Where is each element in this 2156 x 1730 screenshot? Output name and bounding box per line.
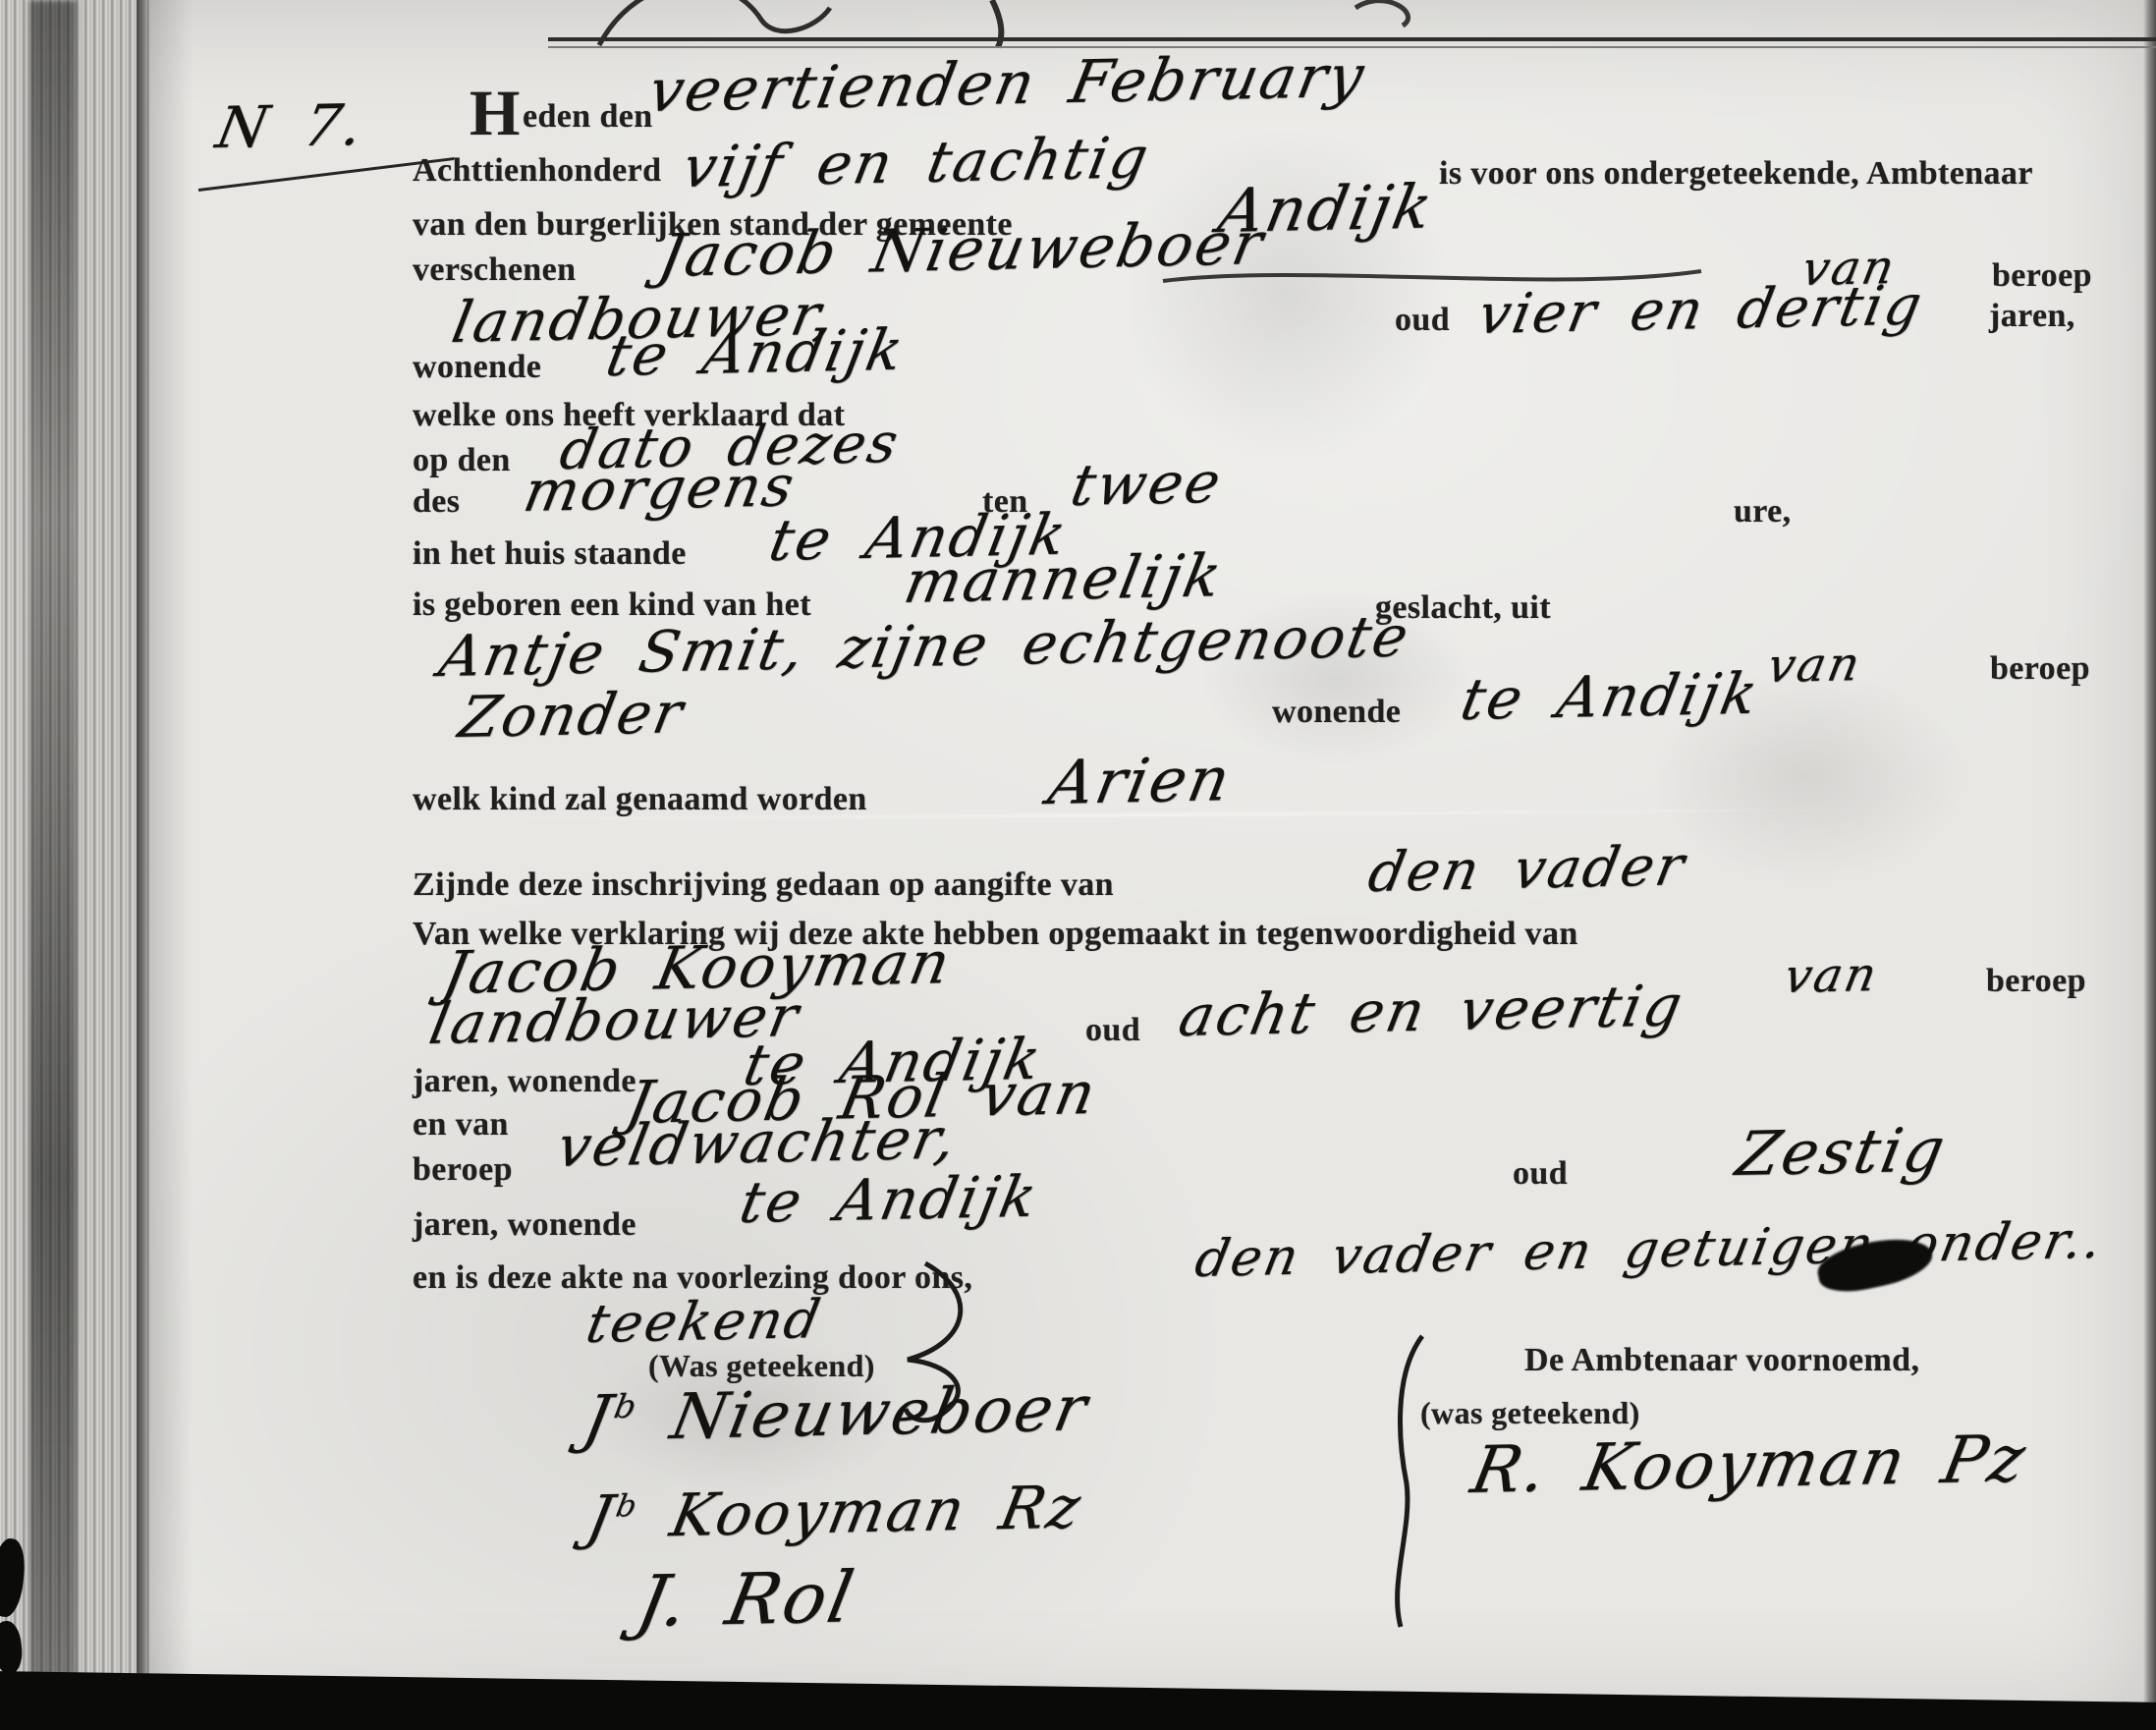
printed-zijnde-inschrijving: Zijnde deze inschrijving gedaan op aangi… [413, 866, 1114, 904]
printed-welk-kind: welk kind zal genaamd worden [413, 781, 867, 818]
printed-jaren-wonende-1: jaren, wonende [413, 1063, 636, 1100]
handwritten-witness1-age: acht en veertig [1174, 972, 1689, 1049]
curly-brace [1379, 1334, 1438, 1629]
handwritten-time-of-day: morgens [519, 452, 802, 525]
signature-witness1-surname: Kooyman Rz [630, 1474, 1087, 1551]
printed-beroep-4: beroep [413, 1151, 513, 1189]
printed-wonende-2: wonende [1272, 694, 1401, 731]
printed-achttienhonderd: Achttienhonderd [413, 152, 661, 190]
printed-oud-1: oud [1395, 302, 1450, 339]
handwritten-witness2-residence: te Andijk [735, 1163, 1044, 1236]
printed-in-het-huis: in het huis staande [413, 535, 687, 573]
handwritten-signatories: den vader en getuigen onder.. [1190, 1211, 2109, 1289]
printed-wonende-1: wonende [413, 349, 541, 386]
handwritten-witness2-age: Zestig [1731, 1114, 1953, 1190]
printed-verschenen: verschenen [413, 251, 576, 289]
act-number: N 7. [211, 91, 370, 161]
printed-jaren-1: jaren, [1989, 298, 2075, 335]
sheet-left-shadow [147, 0, 193, 1730]
signature-witness2: J. Rol [631, 1555, 862, 1643]
printed-des: des [413, 483, 460, 521]
handwritten-hour: twee [1066, 449, 1228, 519]
printed-ure: ure, [1734, 493, 1792, 530]
handwritten-declarant-age: vier en dertig [1473, 274, 1929, 347]
handwritten-mother-residence: te Andijk [1456, 660, 1765, 733]
printed-was-geteekend-right: (was geteekend) [1420, 1395, 1640, 1431]
printed-oud-3: oud [1513, 1155, 1568, 1193]
handwritten-year: vijf en tachtig [678, 124, 1156, 200]
cutoff-handwriting-strokes [580, 0, 1424, 49]
handwritten-teekend: teekend [581, 1288, 827, 1355]
handwritten-gender: mannelijk [899, 541, 1229, 617]
handwritten-informant: den vader [1363, 834, 1691, 905]
printed-beroep-3: beroep [1986, 963, 2086, 1000]
printed-beroep-2: beroep [1990, 650, 2090, 688]
printed-is-voor-ons: is voor ons ondergeteekende, Ambtenaar [1439, 155, 2033, 193]
handwritten-van-2: van [1763, 637, 1866, 694]
signature-declarant: Jb Nieuweboer [578, 1372, 1094, 1456]
handwritten-date-day-month: veertienden February [643, 42, 1371, 126]
printed-jaren-wonende-2: jaren, wonende [413, 1206, 636, 1244]
signature-registrar: R. Kooyman Pz [1465, 1421, 2033, 1508]
birth-record-scan: N 7. H eden den veertienden February Ach… [0, 0, 2156, 1730]
printed-ambtenaar-voornoemd: De Ambtenaar voornoemd, [1524, 1342, 1919, 1379]
signature-declarant-surname: Nieuweboer [629, 1372, 1094, 1455]
page-edge-line [137, 0, 147, 1730]
handwritten-child-name: Arien [1043, 743, 1238, 818]
printed-heden-den: eden den [523, 98, 653, 136]
handwritten-mother-occupation: Zonder [454, 679, 691, 751]
separator-rule-thick [548, 37, 2156, 41]
photo-right-edge [2143, 0, 2156, 1730]
handwritten-declarant-residence: te Andijk [601, 316, 911, 389]
printed-en-van: en van [413, 1106, 509, 1144]
handwritten-van-3: van [1780, 947, 1883, 1004]
signature-witness1: Jb Kooyman Rz [581, 1474, 1088, 1552]
binding-shadow-band [29, 0, 77, 1730]
printed-beroep-1: beroep [1992, 257, 2092, 295]
printed-oud-2: oud [1085, 1012, 1140, 1049]
printed-op-den: op den [413, 442, 511, 479]
printed-heden-initial: H [470, 77, 521, 151]
